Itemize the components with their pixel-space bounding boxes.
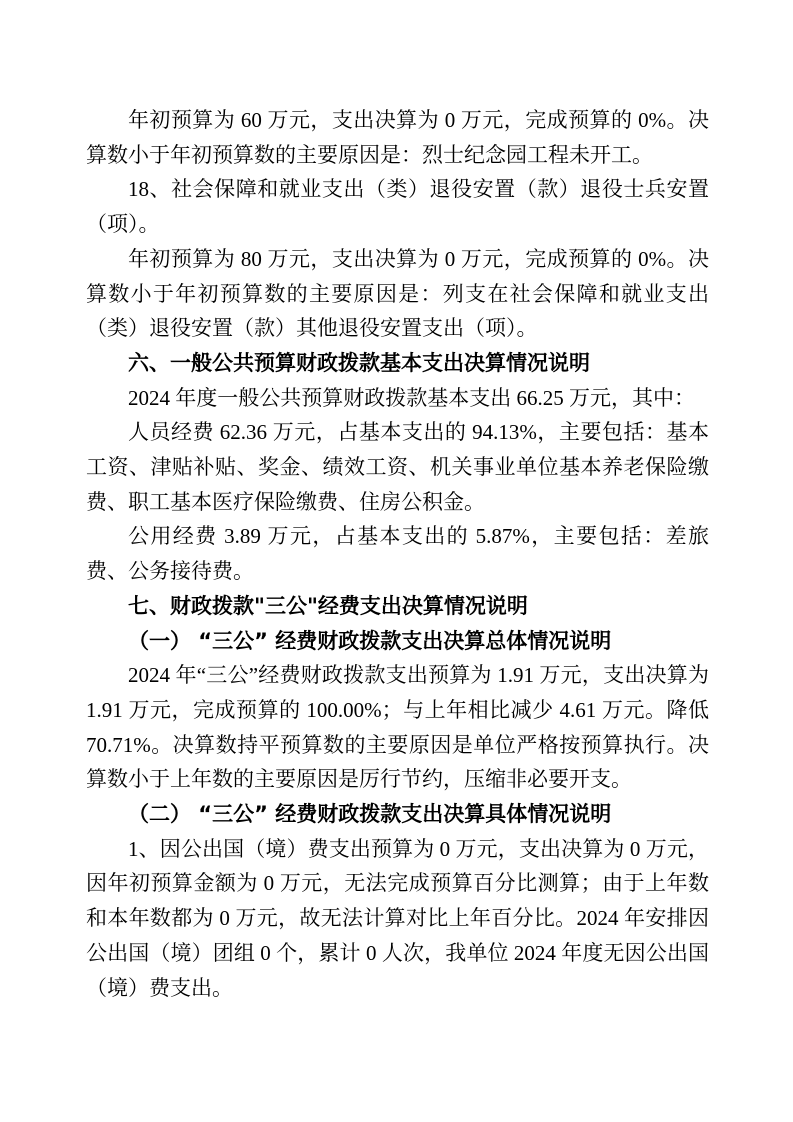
section-heading-six: 六、一般公共预算财政拨款基本支出决算情况说明	[86, 346, 709, 381]
paragraph-overseas-travel: 1、因公出国（境）费支出预算为 0 万元，支出决算为 0 万元，因年初预算金额为…	[86, 832, 709, 1006]
paragraph-item-18: 18、社会保障和就业支出（类）退役安置（款）退役士兵安置（项）。	[86, 172, 709, 241]
document-body: 年初预算为 60 万元，支出决算为 0 万元，完成预算的 0%。决算数小于年初预…	[86, 103, 709, 1005]
paragraph-budget-80: 年初预算为 80 万元，支出决算为 0 万元，完成预算的 0%。决算数小于年初预…	[86, 242, 709, 346]
paragraph-public-expenses: 公用经费 3.89 万元，占基本支出的 5.87%，主要包括：差旅费、公务接待费…	[86, 519, 709, 588]
section-heading-seven: 七、财政拨款"三公"经费支出决算情况说明	[86, 589, 709, 624]
paragraph-three-public-overview: 2024 年“三公”经费财政拨款支出预算为 1.91 万元，支出决算为 1.91…	[86, 658, 709, 797]
paragraph-personnel-expenses: 人员经费 62.36 万元，占基本支出的 94.13%，主要包括：基本工资、津贴…	[86, 415, 709, 519]
document-page: 年初预算为 60 万元，支出决算为 0 万元，完成预算的 0%。决算数小于年初预…	[0, 0, 793, 1122]
subsection-heading-one: （一） “三公” 经费财政拨款支出决算总体情况说明	[86, 624, 709, 659]
paragraph-basic-expenditure-total: 2024 年度一般公共预算财政拨款基本支出 66.25 万元，其中：	[86, 381, 709, 416]
subsection-heading-two: （二） “三公” 经费财政拨款支出决算具体情况说明	[86, 797, 709, 832]
paragraph-budget-60: 年初预算为 60 万元，支出决算为 0 万元，完成预算的 0%。决算数小于年初预…	[86, 103, 709, 172]
